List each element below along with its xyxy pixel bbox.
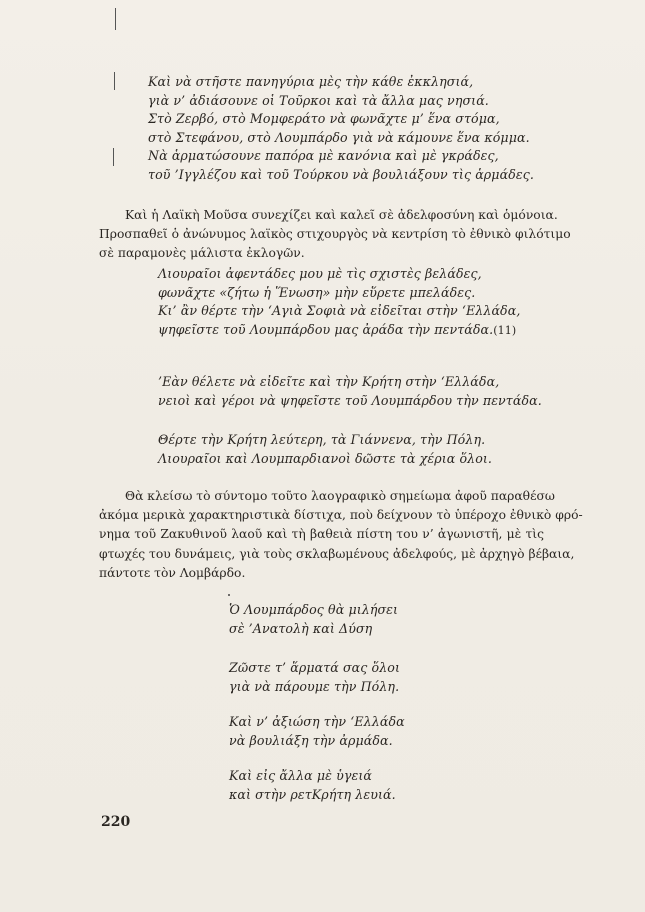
verse-block-4: Θέρτε τὴν Κρήτη λεύτερη, τὰ Γιάννενα, τὴ… <box>158 431 492 468</box>
verse-line: Κι’ ἂν θέρτε τὴν ‘Αγιὰ Σοφιὰ νὰ εἰδεῖται… <box>158 302 520 321</box>
verse-line: Λιουραῖοι καὶ Λουμπαρδιανοὶ δῶστε τὰ χέρ… <box>158 450 492 469</box>
couplet-4: Καὶ εἰς ἄλλα μὲ ὑγειά καὶ στὴν ρετΚρήτη … <box>229 767 396 804</box>
couplet-2: Ζῶστε τ’ ἅρματά σας ὅλοι γιὰ νὰ πάρουμε … <box>229 659 400 696</box>
verse-line: Καὶ ν’ ἀξιώση τὴν ‘Ελλάδα <box>229 713 405 732</box>
verse-block-1: Καὶ νὰ στῆστε πανηγύρια μὲς τὴν κάθε ἐκκ… <box>148 73 534 185</box>
verse-line: τοῦ ’Ιγγλέζου καὶ τοῦ Τούρκου νὰ βουλιάξ… <box>148 166 534 185</box>
verse-line: νειοὶ καὶ γέροι νὰ ψηφεῖστε τοῦ Λουμπάρδ… <box>158 392 542 411</box>
footnote-reference[interactable]: (11) <box>493 324 516 337</box>
verse-line: ’Εὰν θέλετε νὰ εἰδεῖτε καὶ τὴν Κρήτη στὴ… <box>158 373 542 392</box>
verse-line: Ὁ Λουμπάρδος θὰ μιλήσει <box>229 601 398 620</box>
prose-paragraph-1: Καὶ ἡ Λαϊκὴ Μοῦσα συνεχίζει καὶ καλεῖ σὲ… <box>99 206 544 264</box>
prose-line: Θὰ κλείσω τὸ σύντομο τοῦτο λαογραφικὸ ση… <box>99 487 544 506</box>
verse-line: καὶ στὴν ρετΚρήτη λευιά. <box>229 786 396 805</box>
verse-line: νὰ βουλιάξη τὴν ἀρμάδα. <box>229 732 405 751</box>
verse-line: γιὰ νὰ πάρουμε τὴν Πόλη. <box>229 678 400 697</box>
ink-dot <box>228 594 230 596</box>
prose-line: Προσπαθεῖ ὁ ἀνώνυμος λαϊκὸς στιχουργὸς ν… <box>99 225 544 244</box>
margin-mark-3 <box>113 148 114 166</box>
verse-line: φωνᾶχτε «ζήτω ἡ Ἕνωση» μὴν εὕρετε μπελάδ… <box>158 284 520 303</box>
prose-line: νημα τοῦ Ζακυθινοῦ λαοῦ καὶ τὴ βαθειὰ πί… <box>99 525 544 544</box>
margin-mark-1 <box>115 8 116 30</box>
verse-line: Καὶ νὰ στῆστε πανηγύρια μὲς τὴν κάθε ἐκκ… <box>148 73 534 92</box>
verse-block-3: ’Εὰν θέλετε νὰ εἰδεῖτε καὶ τὴν Κρήτη στὴ… <box>158 373 542 410</box>
couplet-1: Ὁ Λουμπάρδος θὰ μιλήσει σὲ ’Ανατολὴ καὶ … <box>229 601 398 638</box>
verse-line: σὲ ’Ανατολὴ καὶ Δύση <box>229 620 398 639</box>
verse-line: Καὶ εἰς ἄλλα μὲ ὑγειά <box>229 767 396 786</box>
verse-line: Νὰ ἁρματώσουνε παπόρα μὲ κανόνια καὶ μὲ … <box>148 147 534 166</box>
prose-line: πάντοτε τὸν Λομβάρδο. <box>99 564 544 583</box>
verse-line: Ζῶστε τ’ ἅρματά σας ὅλοι <box>229 659 400 678</box>
verse-line: ψηφεῖστε τοῦ Λουμπάρδου μας ἀράδα τὴν πε… <box>158 321 520 341</box>
page-number: 220 <box>101 814 130 830</box>
prose-line: σὲ παραμονὲς μάλιστα ἐκλογῶν. <box>99 244 544 263</box>
book-page: Καὶ νὰ στῆστε πανηγύρια μὲς τὴν κάθε ἐκκ… <box>0 0 645 912</box>
prose-paragraph-2: Θὰ κλείσω τὸ σύντομο τοῦτο λαογραφικὸ ση… <box>99 487 544 583</box>
verse-block-2: Λιουραῖοι ἀφεντάδες μου μὲ τὶς σχιστὲς β… <box>158 265 520 340</box>
verse-line: Θέρτε τὴν Κρήτη λεύτερη, τὰ Γιάννενα, τὴ… <box>158 431 492 450</box>
prose-line: Καὶ ἡ Λαϊκὴ Μοῦσα συνεχίζει καὶ καλεῖ σὲ… <box>99 206 544 225</box>
verse-line: Λιουραῖοι ἀφεντάδες μου μὲ τὶς σχιστὲς β… <box>158 265 520 284</box>
verse-line: στὸ Στεφάνου, στὸ Λουμπάρδο γιὰ νὰ κάμου… <box>148 129 534 148</box>
verse-line: γιὰ ν’ ἀδιάσουνε οἱ Τοῦρκοι καὶ τὰ ἄλλα … <box>148 92 534 111</box>
prose-line: ἀκόμα μερικὰ χαρακτηριστικὰ δίστιχα, ποὺ… <box>99 506 544 525</box>
verse-line: Στὸ Ζερβό, στὸ Μομφεράτο νὰ φωνᾶχτε μ’ ἕ… <box>148 110 534 129</box>
couplet-3: Καὶ ν’ ἀξιώση τὴν ‘Ελλάδα νὰ βουλιάξη τὴ… <box>229 713 405 750</box>
prose-line: φτωχές του δυνάμεις, γιὰ τοὺς σκλαβωμένο… <box>99 545 544 564</box>
verse-line-text: ψηφεῖστε τοῦ Λουμπάρδου μας ἀράδα τὴν πε… <box>158 322 493 337</box>
margin-mark-2 <box>114 72 115 90</box>
